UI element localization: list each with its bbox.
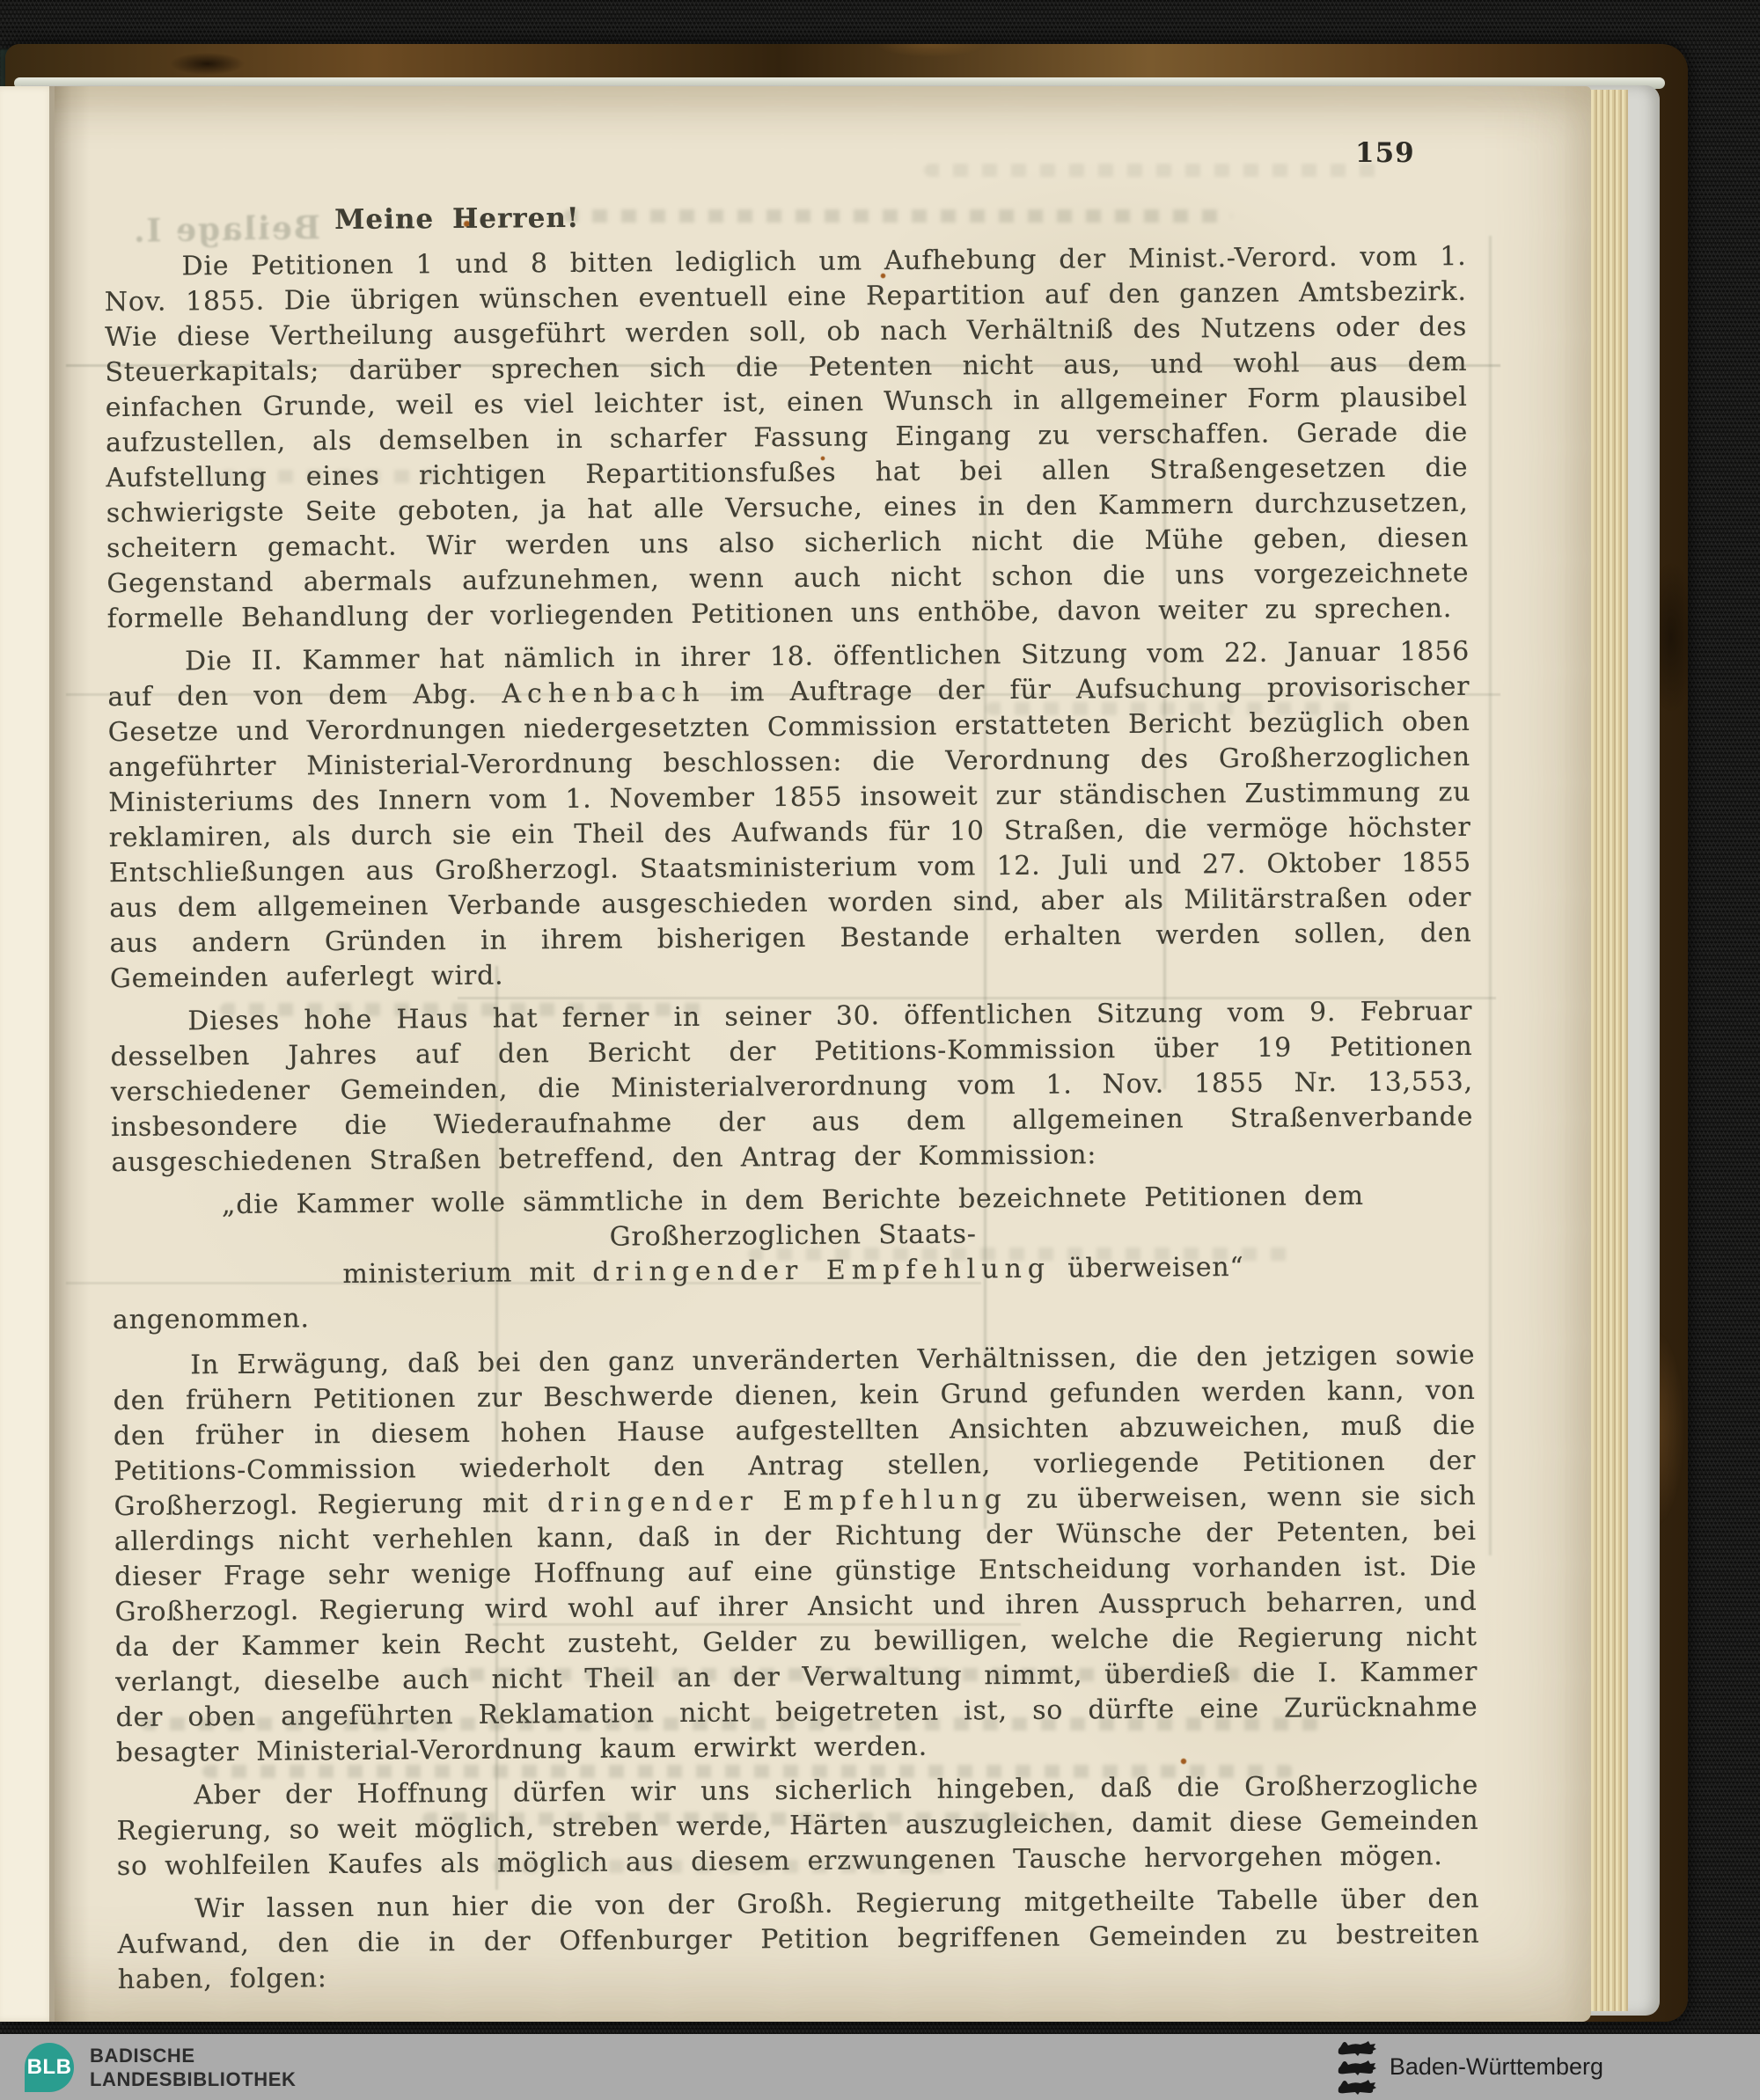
quote-emphasis: dringender Empfehlung (592, 1254, 1051, 1288)
blb-logo-text: BLB (27, 2055, 72, 2080)
quote-line-2-post: überweisen“ (1051, 1252, 1244, 1284)
paragraph-2: Die II. Kammer hat nämlich in ihrer 18. … (107, 634, 1472, 997)
blb-logo: BLB (25, 2043, 74, 2092)
blb-library-name-line1: BADISCHE (90, 2044, 297, 2067)
paragraph-2-text-cont: im Auftrage der für Aufsuchung provisori… (108, 671, 1472, 994)
paragraph-4-text-cont: zu überweisen, wenn sie sich allerdings … (114, 1481, 1478, 1768)
paragraph-3-close: angenommen. (113, 1292, 1475, 1338)
baden-wuerttemberg-label: Baden-Württemberg (1390, 2053, 1603, 2081)
paragraph-4: In Erwägung, daß bei den ganz unveränder… (113, 1338, 1478, 1771)
blb-library-name-line2: LANDESBIBLIOTHEK (90, 2067, 297, 2091)
page-stack-fore-edge (1589, 90, 1628, 2011)
baden-wuerttemberg-coat-of-arms-icon (1337, 2040, 1377, 2095)
paragraph-1: Die Petitionen 1 und 8 bitten lediglich … (104, 239, 1469, 637)
paragraph-3: Dieses hohe Haus hat ferner in seiner 30… (110, 994, 1474, 1181)
blb-library-name: BADISCHE LANDESBIBLIOTHEK (90, 2044, 297, 2091)
salutation: Meine Herren! (334, 194, 1466, 238)
page-number: 159 (1355, 137, 1415, 169)
book-page: Beilage I. 159 Meine Herren! Die Petitio… (0, 86, 1591, 2022)
facing-page-edge (0, 86, 55, 2022)
paragraph-4-emphasis: dringender Empfehlung (547, 1484, 1008, 1518)
gutter-shadow (49, 86, 90, 2022)
footer-bar: BLB BADISCHE LANDESBIBLIOTHEK Baden-Würt… (0, 2034, 1760, 2100)
paragraph-6: Wir lassen nun hier die von der Großh. R… (117, 1882, 1480, 1998)
block-quote: „die Kammer wolle sämmtliche in dem Beri… (147, 1178, 1440, 1294)
paragraph-5: Aber der Hoffnung dürfen wir uns sicherl… (116, 1768, 1479, 1884)
spaced-name-achenbach: Achenbach (502, 677, 705, 710)
quote-line-1: „die Kammer wolle sämmtliche in dem Beri… (147, 1178, 1440, 1259)
quote-line-2-pre: ministerium mit (342, 1257, 592, 1290)
baden-wuerttemberg-logo: Baden-Württemberg (1337, 2040, 1603, 2095)
page-text-block: Meine Herren! Die Petitionen 1 und 8 bit… (104, 194, 1480, 2006)
book-scan: Beilage I. 159 Meine Herren! Die Petitio… (0, 0, 1760, 2100)
